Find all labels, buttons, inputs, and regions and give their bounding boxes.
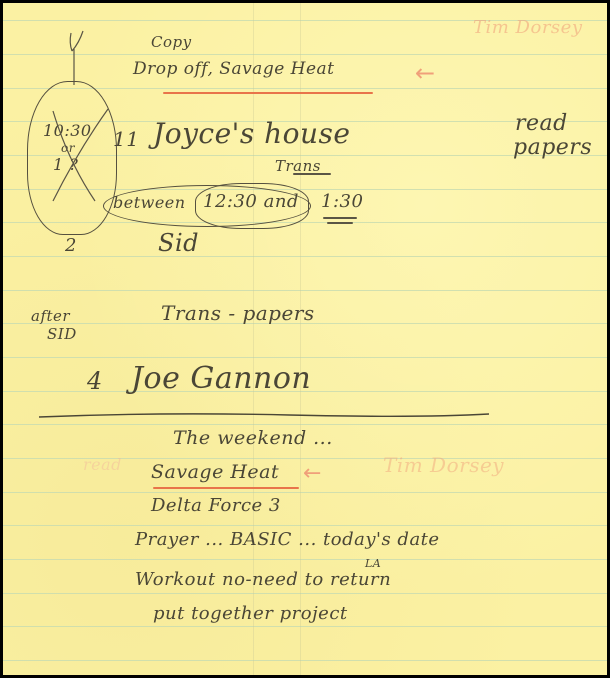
rule-line — [3, 559, 607, 560]
time-range: 12:30 and — [203, 191, 299, 212]
entry-trans-papers: Trans - papers — [161, 301, 315, 325]
drop-off-note: Drop off, Savage Heat — [133, 59, 335, 79]
weekend-item-delta-force: Delta Force 3 — [151, 495, 281, 516]
rule-line — [3, 525, 607, 526]
rule-line — [3, 660, 607, 661]
copy-label: Copy — [151, 33, 192, 51]
entry-joyces-house: Joyce's house — [153, 117, 350, 150]
entry-sid: Sid — [158, 229, 199, 257]
weekend-item-project: put together project — [153, 603, 348, 624]
rule-line — [3, 424, 607, 425]
double-underline-1 — [323, 217, 357, 219]
side-note-papers: papers — [513, 135, 592, 160]
rule-line — [3, 626, 607, 627]
weekend-heading: The weekend ... — [173, 427, 333, 449]
after-label: after — [31, 307, 70, 325]
trans-underline — [293, 173, 331, 175]
notepad-page: Copy Drop off, Savage Heat ← Tim Dorsey … — [3, 3, 607, 675]
red-underline — [163, 92, 373, 94]
time-2: 2 — [65, 235, 77, 256]
weekend-item-savage-heat: Savage Heat — [151, 461, 279, 483]
rule-line — [3, 290, 607, 291]
rule-line — [3, 357, 607, 358]
cross-out-icon — [33, 101, 113, 211]
red-underline-2 — [153, 487, 299, 489]
between-label: between — [113, 193, 186, 212]
weekend-item-workout: Workout no-need to return — [135, 569, 391, 590]
side-note-read: read — [515, 111, 568, 136]
rule-line — [3, 492, 607, 493]
faint-read-note: read — [83, 455, 122, 474]
time-11: 11 — [113, 127, 139, 151]
double-underline-2 — [327, 222, 353, 224]
red-margin-note-2: Tim Dorsey — [383, 453, 504, 477]
weekend-item-prayer: Prayer ... BASIC ... today's date — [135, 529, 440, 550]
tick-mark-icon — [67, 29, 87, 89]
red-arrow-icon: ← — [415, 59, 435, 87]
red-margin-note: Tim Dorsey — [473, 17, 582, 38]
rule-line — [3, 256, 607, 257]
time-130: 1:30 — [321, 191, 363, 212]
red-arrow-icon-2: ← — [303, 461, 321, 486]
time-4: 4 — [87, 367, 103, 395]
sid-label: SID — [47, 325, 77, 343]
rule-line — [3, 54, 607, 55]
divider-line — [39, 411, 489, 421]
entry-joe-gannon: Joe Gannon — [131, 361, 311, 396]
rule-line — [3, 593, 607, 594]
